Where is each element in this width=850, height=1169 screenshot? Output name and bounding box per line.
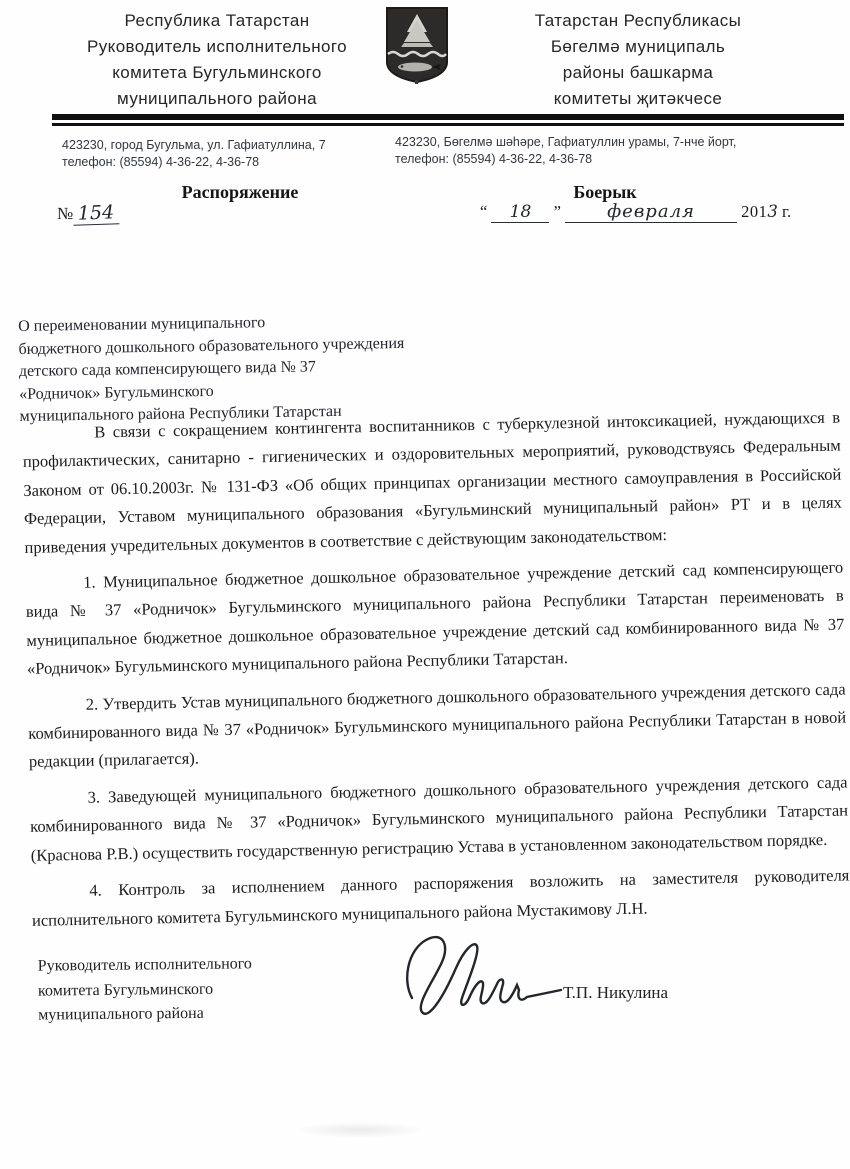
order-item-4: 4. Контроль за исполнением данного распо… bbox=[31, 862, 850, 935]
org-line: Татарстан Республикасы bbox=[468, 8, 808, 34]
address-line: телефон: (85594) 4-36-22, 4-36-78 bbox=[62, 154, 392, 171]
org-line: комитета Бугульминского bbox=[62, 60, 372, 86]
order-item-1: 1. Муниципальное бюджетное дошкольное об… bbox=[25, 554, 845, 684]
number-sign: № bbox=[57, 204, 73, 223]
document-number-handwritten: 154 bbox=[73, 201, 120, 226]
document-number: №154 bbox=[57, 202, 119, 225]
date-month-handwritten: февраля bbox=[565, 201, 737, 223]
org-line: Республика Татарстан bbox=[62, 8, 372, 34]
open-quote: “ bbox=[480, 202, 487, 221]
address-line: 423230, Бөгелмә шәһәре, Гафиатуллин урам… bbox=[395, 134, 845, 151]
scanned-document-page: Республика Татарстан Руководитель исполн… bbox=[0, 0, 850, 1169]
address-line: телефон: (85594) 4-36-22, 4-36-78 bbox=[395, 151, 845, 168]
header-divider-thin bbox=[52, 123, 844, 126]
document-date: “ 18 ” февраля 2013 г. bbox=[480, 201, 791, 223]
document-type-russian: Распоряжение bbox=[150, 182, 330, 203]
signature-icon bbox=[398, 928, 573, 1038]
close-quote: ” bbox=[554, 202, 561, 221]
date-year-handwritten-digit: 3 bbox=[767, 202, 778, 221]
org-line: Руководитель исполнительного bbox=[62, 34, 372, 60]
address-line: 423230, город Бугульма, ул. Гафиатуллина… bbox=[62, 137, 392, 154]
letterhead-org-tatar: Татарстан Республикасы Бөгелмә муниципал… bbox=[468, 8, 808, 112]
scan-smudge-artifact bbox=[295, 1122, 425, 1138]
coat-of-arms-icon bbox=[384, 6, 450, 84]
date-year-printed: 201 bbox=[741, 202, 767, 221]
signatory-name: Т.П. Никулина bbox=[563, 983, 668, 1003]
signatory-position-line: Руководитель исполнительного bbox=[38, 951, 338, 979]
document-body: В связи с сокращением контингента воспит… bbox=[22, 404, 850, 935]
address-block-russian: 423230, город Бугульма, ул. Гафиатуллина… bbox=[62, 137, 392, 171]
date-day-handwritten: 18 bbox=[491, 202, 549, 223]
org-line: районы башкарма bbox=[468, 60, 808, 86]
address-block-tatar: 423230, Бөгелмә шәһәре, Гафиатуллин урам… bbox=[395, 134, 845, 168]
order-item-2: 2. Утвердить Устав муниципального бюджет… bbox=[27, 675, 847, 777]
document-type-tatar: Боерык bbox=[535, 182, 675, 203]
letterhead-org-russian: Республика Татарстан Руководитель исполн… bbox=[62, 8, 372, 112]
signatory-position-line: комитета Бугульминского bbox=[38, 976, 338, 1004]
org-line: муниципального района bbox=[62, 86, 372, 112]
document-subject: О переименовании муниципального бюджетно… bbox=[18, 309, 490, 429]
order-item-3: 3. Заведующей муниципального бюджетного … bbox=[29, 768, 849, 870]
header-divider-thick bbox=[52, 114, 844, 120]
date-year-suffix: г. bbox=[782, 202, 791, 221]
org-line: Бөгелмә муниципаль bbox=[468, 34, 808, 60]
preamble-paragraph: В связи с сокращением контингента воспит… bbox=[22, 404, 843, 562]
signatory-position-line: муниципального района bbox=[38, 1000, 338, 1028]
signatory-position: Руководитель исполнительного комитета Бу… bbox=[38, 951, 339, 1028]
org-line: комитеты җитәкчесе bbox=[468, 86, 808, 112]
